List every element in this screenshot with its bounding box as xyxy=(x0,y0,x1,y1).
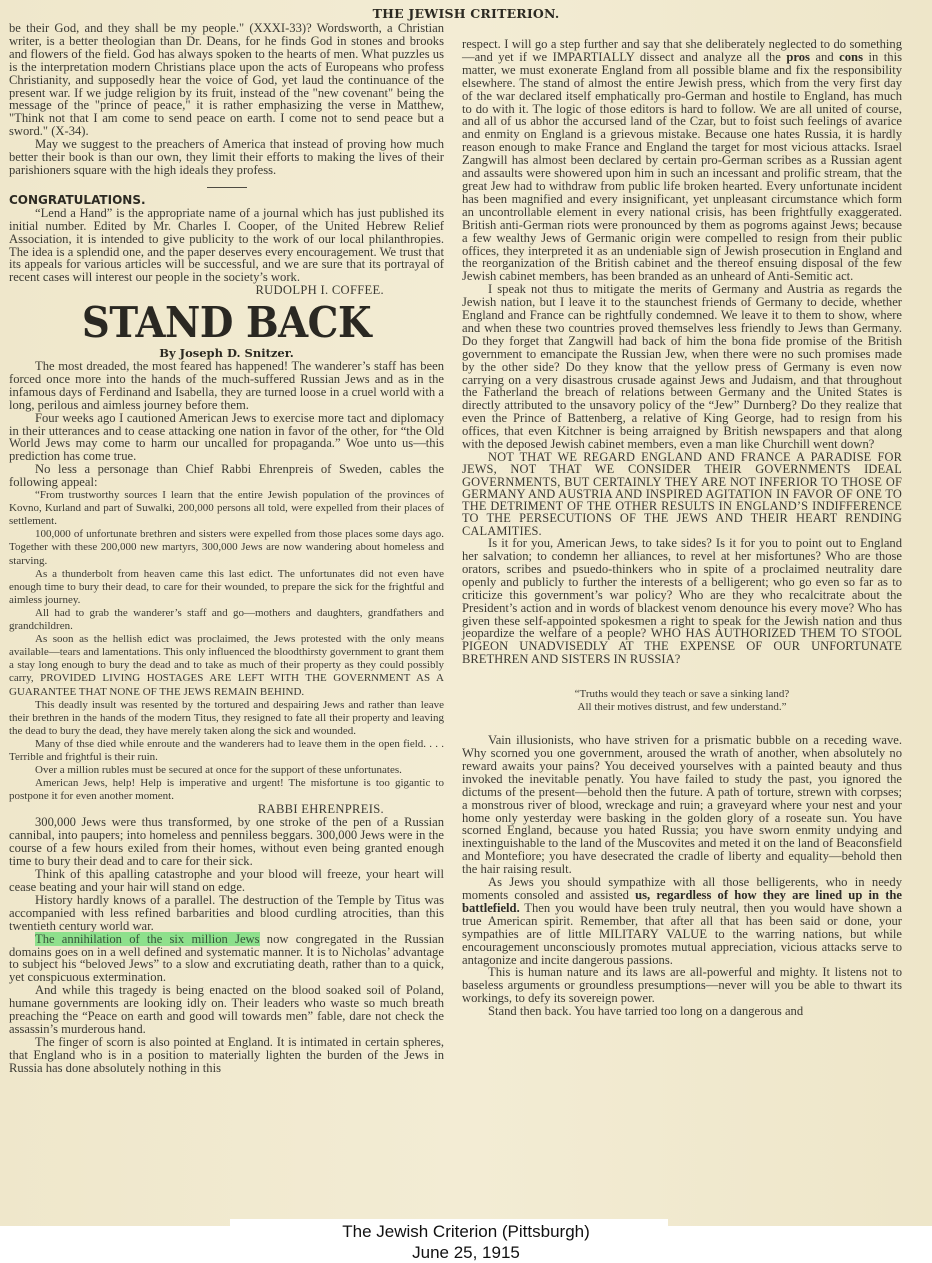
emphasis-cons: cons xyxy=(839,50,863,64)
appeal-paragraph: Over a million rubles must be secured at… xyxy=(9,764,444,777)
verse-line: “Truths would they teach or save a sinki… xyxy=(462,688,902,701)
article-paragraph: Is it for you, American Jews, to take si… xyxy=(462,537,902,666)
image-caption-source: The Jewish Criterion (Pittsburgh) xyxy=(0,1221,932,1243)
intro-paragraph: May we suggest to the preachers of Ameri… xyxy=(9,138,444,177)
appeal-paragraph: American Jews, help! Help is imperative … xyxy=(9,777,444,803)
appeal-paragraph: “From trustworthy sources I learn that t… xyxy=(9,489,444,528)
article-paragraph: 300,000 Jews were thus transformed, by o… xyxy=(9,816,444,868)
verse-line: All their motives distrust, and few unde… xyxy=(462,701,902,714)
emphasis-pros: pros xyxy=(786,50,810,64)
article-paragraph: Vain illusionists, who have striven for … xyxy=(462,734,902,876)
appeal-paragraph: 100,000 of unfortunate brethren and sist… xyxy=(9,528,444,567)
article-paragraph: I speak not thus to mitigate the merits … xyxy=(462,283,902,451)
article-paragraph-highlighted: The annihilation of the six million Jews… xyxy=(9,933,444,985)
text-run: and xyxy=(810,50,839,64)
article-paragraph: respect. I will go a step further and sa… xyxy=(462,38,902,283)
rabbi-appeal-quote: “From trustworthy sources I learn that t… xyxy=(9,489,444,816)
article-paragraph: Think of this apalling catastrophe and y… xyxy=(9,868,444,894)
article-paragraph: No less a personage than Chief Rabbi Ehr… xyxy=(9,463,444,489)
appeal-paragraph: All had to grab the wanderer’s staff and… xyxy=(9,607,444,633)
article-paragraph: The finger of scorn is also pointed at E… xyxy=(9,1036,444,1075)
masthead: THE JEWISH CRITERION. xyxy=(0,6,932,21)
article-paragraph: This is human nature and its laws are al… xyxy=(462,966,902,1005)
congratulations-signature: RUDOLPH I. COFFEE. xyxy=(9,284,444,297)
right-column: respect. I will go a step further and sa… xyxy=(462,38,902,1018)
left-column: be their God, and they shall be my peopl… xyxy=(9,22,444,1075)
text-run: Then you would have been truly neutral, … xyxy=(462,901,902,967)
text-run: in this matter, we must exonerate Englan… xyxy=(462,50,902,283)
appeal-paragraph: Many of thse died while enroute and the … xyxy=(9,738,444,764)
verse-quote: “Truths would they teach or save a sinki… xyxy=(462,688,902,714)
congratulations-heading: CONGRATULATIONS. xyxy=(9,194,444,207)
article-paragraph: History hardly knows of a parallel. The … xyxy=(9,894,444,933)
article-paragraph: Four weeks ago I cautioned American Jews… xyxy=(9,412,444,464)
appeal-paragraph: This deadly insult was resented by the t… xyxy=(9,699,444,738)
all-caps-paragraph: NOT THAT WE REGARD ENGLAND AND FRANCE A … xyxy=(462,451,902,537)
image-caption-date: June 25, 1915 xyxy=(0,1242,932,1263)
article-paragraph: And while this tragedy is being enacted … xyxy=(9,984,444,1036)
congratulations-body: “Lend a Hand” is the appropriate name of… xyxy=(9,207,444,284)
article-headline: STAND BACK xyxy=(26,301,426,345)
highlighted-phrase[interactable]: The annihilation of the six million Jews xyxy=(35,932,260,946)
intro-paragraph: be their God, and they shall be my peopl… xyxy=(9,22,444,138)
article-paragraph: As Jews you should sympathize with all t… xyxy=(462,876,902,966)
appeal-paragraph: As soon as the hellish edict was proclai… xyxy=(9,633,444,698)
appeal-paragraph: As a thunderbolt from heaven came this l… xyxy=(9,568,444,607)
article-paragraph: The most dreaded, the most feared has ha… xyxy=(9,360,444,412)
section-divider xyxy=(207,187,247,188)
article-paragraph: Stand then back. You have tarried too lo… xyxy=(462,1005,902,1018)
